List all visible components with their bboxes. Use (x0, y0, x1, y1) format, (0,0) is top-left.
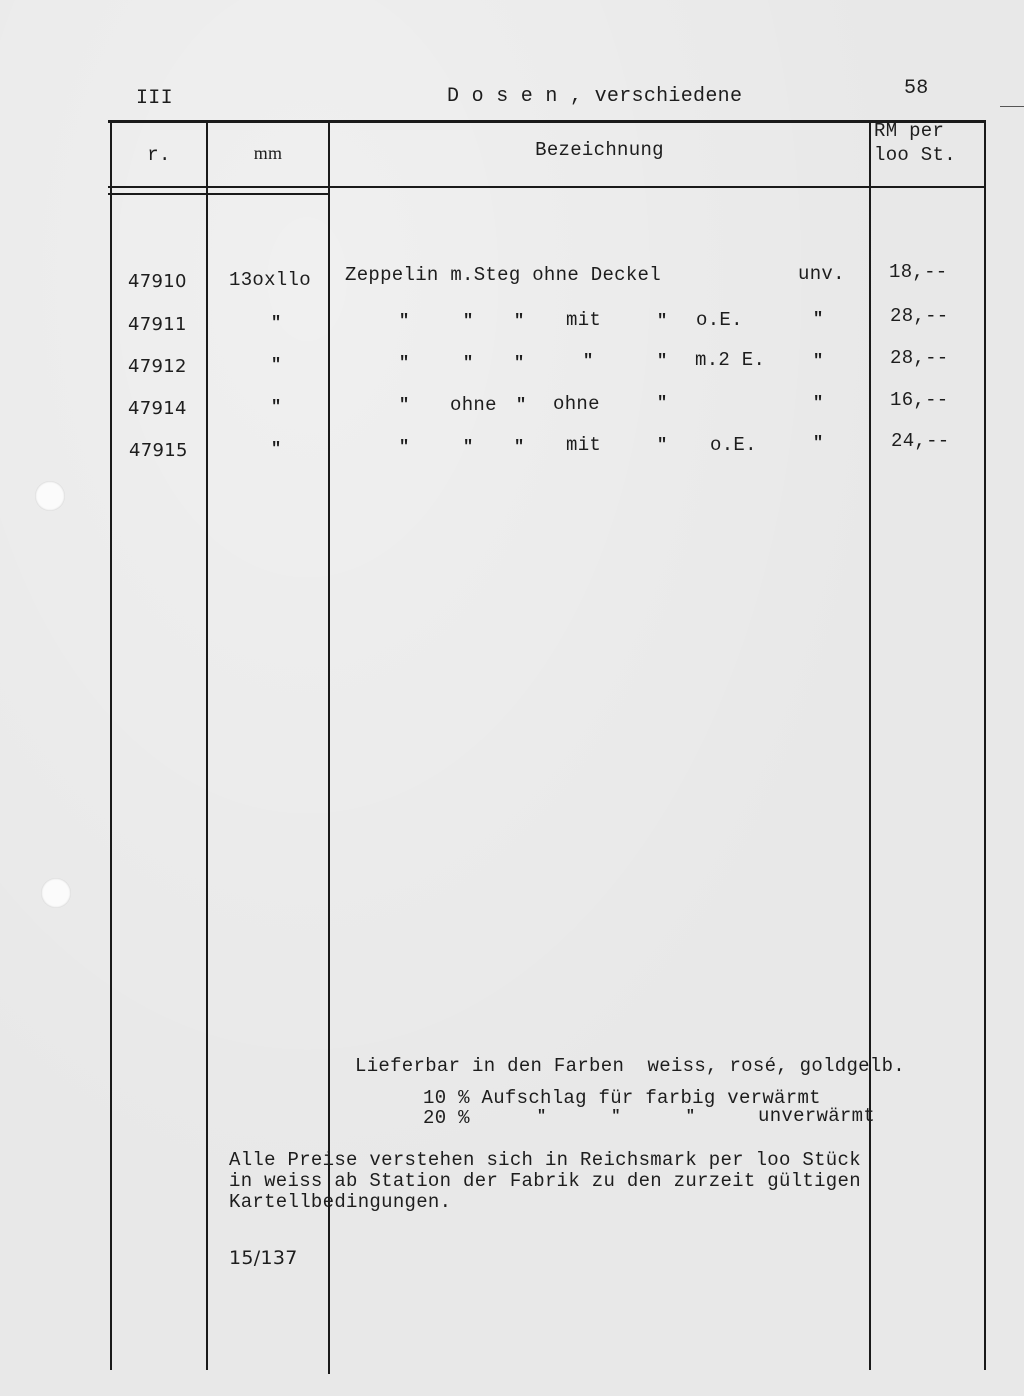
column-header-mm: mm (208, 143, 328, 164)
lid-option: mit (566, 435, 601, 456)
ditto-mark: " (463, 354, 473, 373)
ditto-mark: " (813, 394, 823, 413)
decoration: m.2 E. (695, 350, 765, 371)
column-header-price-line2: loo St. (874, 145, 956, 166)
punch-hole-top (35, 481, 65, 511)
ditto-mark: " (583, 352, 593, 371)
ditto-mark: " (516, 396, 526, 415)
column-header-price-line1: RM per (874, 121, 944, 142)
article-number: 47915 (129, 440, 188, 461)
ditto-mark: " (399, 354, 409, 373)
ditto-mark: " (657, 436, 667, 455)
ditto-mark: " (813, 310, 823, 329)
surcharge-unwarm-text: unverwärmt (758, 1106, 875, 1127)
ditto-mark: " (657, 352, 667, 371)
column-divider-price (869, 120, 871, 1370)
document-page: III D o s e n , verschiedene 58 r. mm Be… (0, 0, 1024, 1396)
lid-option: ohne (553, 394, 600, 415)
decoration: o.E. (710, 435, 757, 456)
ditto-mark: " (399, 312, 409, 331)
surcharge-unwarm-pct: 20 % (423, 1108, 470, 1129)
article-number: 47914 (128, 398, 187, 419)
article-number: 47911 (128, 314, 187, 335)
ditto-mark: " (514, 438, 524, 457)
dimensions: " (271, 440, 281, 459)
header-bottom-border-left (108, 193, 330, 195)
punch-hole-bottom (41, 878, 71, 908)
reference-number: 15/137 (229, 1248, 298, 1269)
description: Zeppelin m.Steg ohne Deckel (345, 265, 661, 286)
column-header-nr: r. (112, 145, 206, 166)
dimensions: " (271, 356, 281, 375)
ditto-mark: " (514, 312, 524, 331)
column-header-bezeichnung: Bezeichnung (330, 140, 869, 161)
ditto-mark: " (657, 312, 667, 331)
price: 18,-- (889, 262, 948, 283)
ditto-mark: " (813, 434, 823, 453)
page-title: D o s e n , verschiedene (447, 86, 742, 107)
ditto-mark: " (399, 396, 409, 415)
article-number: 47910 (128, 271, 187, 292)
price: 24,-- (891, 431, 950, 452)
ditto-mark: " (514, 354, 524, 373)
dimensions: " (271, 398, 281, 417)
table-top-border (108, 120, 986, 123)
header-bottom-border (108, 186, 986, 188)
price-terms-line3: Kartellbedingungen. (229, 1192, 451, 1213)
ditto-mark: " (399, 438, 409, 457)
dimensions: " (271, 314, 281, 333)
price: 28,-- (890, 348, 949, 369)
ditto-mark: " (463, 312, 473, 331)
finish: unv. (798, 264, 845, 285)
ditto-mark: " (463, 438, 473, 457)
variant: ohne (450, 395, 497, 416)
table-left-border (110, 120, 112, 1370)
dimensions: 13oxllo (229, 270, 311, 291)
price: 28,-- (890, 306, 949, 327)
decoration: o.E. (696, 310, 743, 331)
ditto-mark: " (813, 352, 823, 371)
surcharge-unwarm-ditto: " " " (537, 1106, 695, 1127)
available-colors-note: Lieferbar in den Farben weiss, rosé, gol… (355, 1056, 905, 1077)
price-terms-line2: in weiss ab Station der Fabrik zu den zu… (229, 1171, 861, 1192)
lid-option: mit (566, 310, 601, 331)
price-terms-line1: Alle Preise verstehen sich in Reichsmark… (229, 1150, 861, 1171)
header-extension-line (1000, 106, 1024, 107)
section-number: III (136, 88, 173, 109)
article-number: 47912 (128, 356, 187, 377)
table-right-border (984, 120, 986, 1370)
ditto-mark: " (657, 394, 667, 413)
column-divider-nr (206, 120, 208, 1370)
page-number: 58 (904, 78, 929, 99)
price: 16,-- (890, 390, 949, 411)
